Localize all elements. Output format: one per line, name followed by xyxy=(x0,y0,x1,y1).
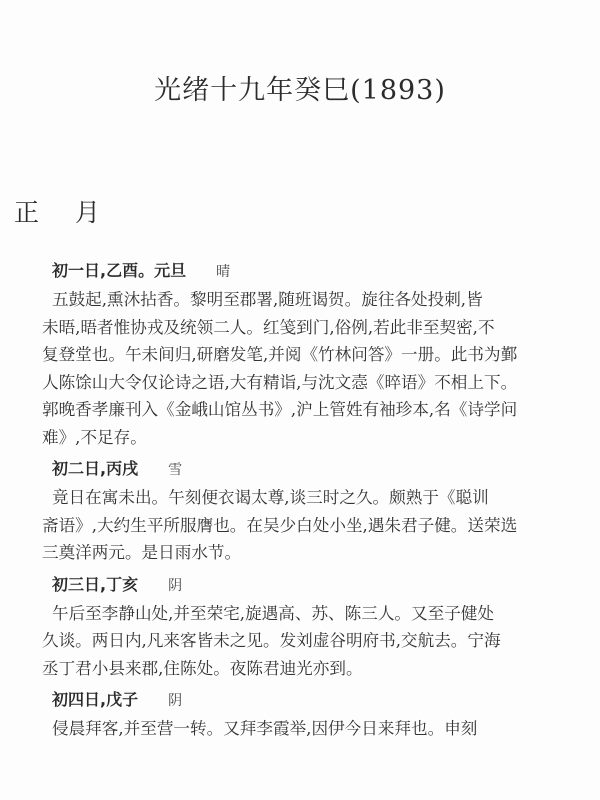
entry-header: 初四日,戊子 阴 xyxy=(42,685,552,715)
entry-date: 初四日,戊子 xyxy=(52,685,138,715)
page-title: 光绪十九年癸巳(1893) xyxy=(0,68,600,107)
entry-date: 初三日,丁亥 xyxy=(52,570,138,600)
entry-weather: 雪 xyxy=(168,455,182,485)
text-line: 未晤,晤者惟协戎及统领二人。红笺到门,俗例,若此非至契密,不 xyxy=(42,314,552,342)
text-line: 久谈。两日内,凡来客皆未之见。发刘虚谷明府书,交航去。宁海 xyxy=(42,627,552,655)
entry-header: 初三日,丁亥 阴 xyxy=(42,570,552,600)
entry-body: 午后至李静山处,并至荣宅,旋遇高、苏、陈三人。又至子健处 久谈。两日内,凡来客皆… xyxy=(42,600,552,683)
entry-date: 初二日,丙戌 xyxy=(52,454,138,484)
text-line: 丞丁君小县来郡,住陈处。夜陈君迪光亦到。 xyxy=(42,655,552,683)
text-line: 难》,不足存。 xyxy=(42,424,552,452)
month-heading: 正 月 xyxy=(14,193,114,229)
text-line: 复登堂也。午未间归,研磨发笔,并阅《竹林问答》一册。此书为鄞 xyxy=(42,341,552,369)
entry-weather: 晴 xyxy=(216,257,230,287)
entry-date: 初一日,乙酉。元旦 xyxy=(52,256,186,286)
text-line: 郭晚香孝廉刊入《金峨山馆丛书》,沪上管姓有袖珍本,名《诗学问 xyxy=(42,396,552,424)
text-line: 竟日在寓未出。午刻便衣谒太尊,谈三时之久。颇熟于《聪训 xyxy=(42,484,552,512)
text-line: 午后至李静山处,并至荣宅,旋遇高、苏、陈三人。又至子健处 xyxy=(42,600,552,628)
entry-body: 竟日在寓未出。午刻便衣谒太尊,谈三时之久。颇熟于《聪训 斋语》,大约生平所服膺也… xyxy=(42,484,552,567)
diary-entry: 初二日,丙戌 雪 竟日在寓未出。午刻便衣谒太尊,谈三时之久。颇熟于《聪训 斋语》… xyxy=(42,454,552,567)
text-line: 侵晨拜客,并至营一转。又拜李霞举,因伊今日来拜也。申刻 xyxy=(42,715,552,743)
entry-body: 五鼓起,熏沐拈香。黎明至郡署,随班谒贺。旋往各处投刺,皆 未晤,晤者惟协戎及统领… xyxy=(42,286,552,451)
text-line: 三奠洋两元。是日雨水节。 xyxy=(42,539,552,567)
entry-header: 初一日,乙酉。元旦 晴 xyxy=(42,256,552,286)
text-line: 五鼓起,熏沐拈香。黎明至郡署,随班谒贺。旋往各处投刺,皆 xyxy=(42,286,552,314)
diary-entry: 初一日,乙酉。元旦 晴 五鼓起,熏沐拈香。黎明至郡署,随班谒贺。旋往各处投刺,皆… xyxy=(42,256,552,451)
diary-entries: 初一日,乙酉。元旦 晴 五鼓起,熏沐拈香。黎明至郡署,随班谒贺。旋往各处投刺,皆… xyxy=(42,256,552,743)
book-page: 光绪十九年癸巳(1893) 正 月 初一日,乙酉。元旦 晴 五鼓起,熏沐拈香。黎… xyxy=(0,0,600,800)
entry-weather: 阴 xyxy=(168,686,182,716)
entry-weather: 阴 xyxy=(168,571,182,601)
entry-body: 侵晨拜客,并至营一转。又拜李霞举,因伊今日来拜也。申刻 xyxy=(42,715,552,743)
text-line: 斋语》,大约生平所服膺也。在吴少白处小坐,遇朱君子健。送荣选 xyxy=(42,512,552,540)
entry-header: 初二日,丙戌 雪 xyxy=(42,454,552,484)
diary-entry: 初三日,丁亥 阴 午后至李静山处,并至荣宅,旋遇高、苏、陈三人。又至子健处 久谈… xyxy=(42,570,552,683)
text-line: 人陈馀山大令仅论诗之语,大有精诣,与沈文悫《晬语》不相上下。 xyxy=(42,369,552,397)
diary-entry: 初四日,戊子 阴 侵晨拜客,并至营一转。又拜李霞举,因伊今日来拜也。申刻 xyxy=(42,685,552,743)
